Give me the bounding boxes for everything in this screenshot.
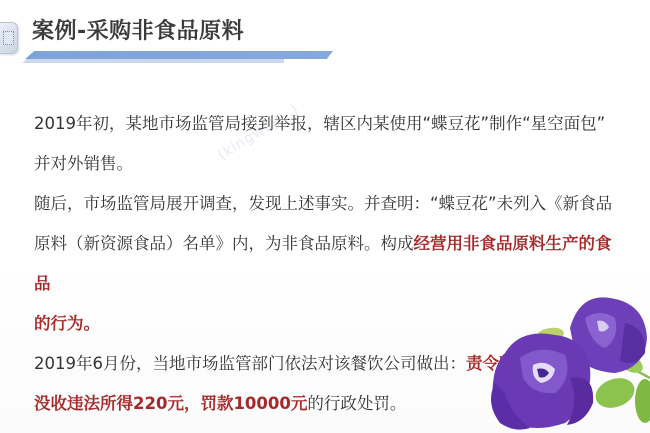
logo-glyph: [3, 31, 14, 45]
slide-title: 案例-采购非食品原料: [32, 16, 244, 48]
title-underline-shadow: [22, 59, 284, 63]
logo-icon: [0, 22, 18, 54]
text-segment: 2019年6月份，当地市场监管部门依法对该餐饮公司做出：: [34, 354, 466, 373]
title-underline-bar: [25, 51, 333, 59]
text-segment: 2019年初，某地市场监管局接到举报，辖区内某使用“蝶豆花”制作“星空面包”: [34, 114, 605, 133]
line-1: 2019年初，某地市场监管局接到举报，辖区内某使用“蝶豆花”制作“星空面包”: [34, 114, 605, 133]
line-7: 没收违法所得220元，罚款10000元的行政处罚。: [34, 394, 406, 413]
text-segment: 随后，市场监管局展开调查，发现上述事实。并查明：“蝶豆花”未列入《新食品: [34, 194, 612, 213]
text-segment: 原料（新资源食品）名单》内，为非食品原料。构成: [34, 234, 414, 253]
text-segment: 的行政处罚。: [307, 394, 406, 413]
line-2: 并对外销售。: [34, 154, 133, 173]
butterfly-pea-flower-image: [475, 283, 650, 433]
paragraph-report: 2019年初，某地市场监管局接到举报，辖区内某使用“蝶豆花”制作“星空面包” 并…: [34, 104, 624, 184]
line-3: 随后，市场监管局展开调查，发现上述事实。并查明：“蝶豆花”未列入《新食品: [34, 194, 612, 213]
highlight-fine: 没收违法所得220元，罚款10000元: [34, 394, 307, 413]
text-segment: 并对外销售。: [34, 154, 133, 173]
line-6: 2019年6月份，当地市场监管部门依法对该餐饮公司做出：责令整改，: [34, 354, 549, 373]
highlight-violation-end: 的行为。: [34, 314, 100, 333]
slide: 案例-采购非食品原料 2019年初，某地市场监管局接到举报，辖区内某使用“蝶豆花…: [0, 0, 650, 433]
line-5: 的行为。: [34, 314, 100, 333]
